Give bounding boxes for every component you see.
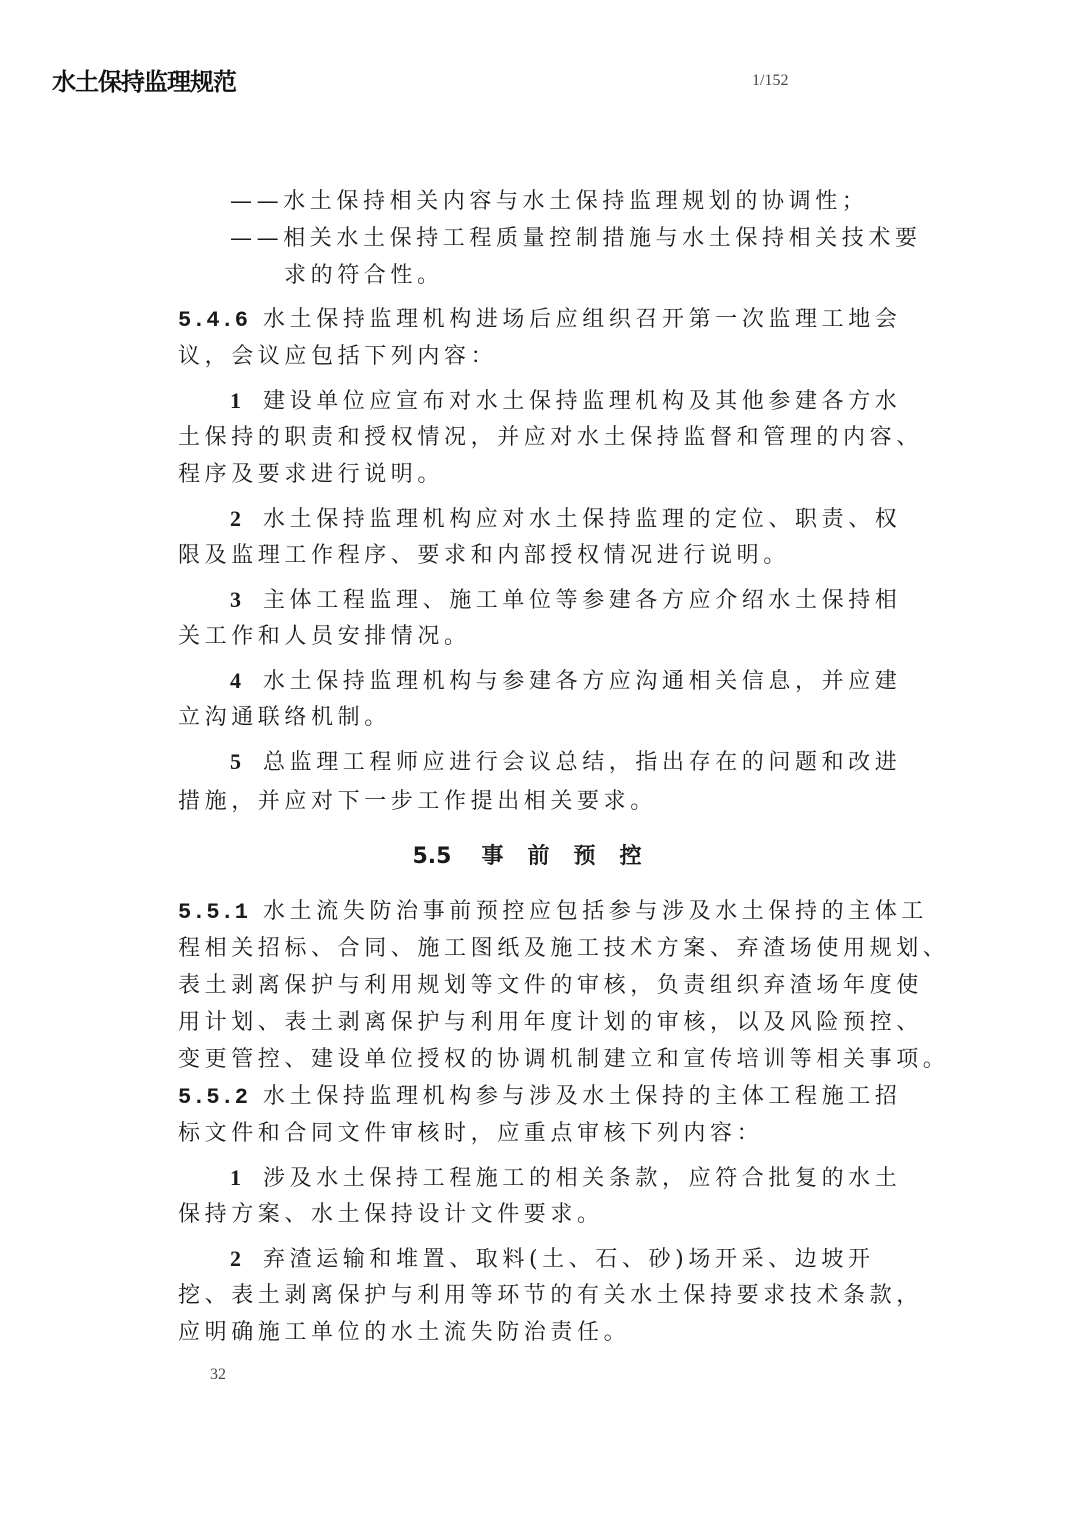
item-text: 涉及水土保持工程施工的相关条款，应符合批复的水土 [263,1166,901,1191]
item-number: 1 [230,388,241,413]
clause-text: 水土流失防治事前预控应包括参与涉及水土保持的主体工 [263,899,928,924]
item-number: 1 [230,1165,241,1190]
list-item-3: 3主体工程监理、施工单位等参建各方应介绍水土保持相 [178,581,900,618]
clause-text-line: 程相关招标、合同、施工图纸及施工技术方案、弃渣场使用规划、 [178,930,900,967]
item-number: 2 [230,1246,241,1271]
item-text-line: 立沟通联络机制。 [178,699,900,736]
list-item-5: 5总监理工程师应进行会议总结，指出存在的问题和改进 [178,743,900,780]
clause-number: 5.5.1 [178,900,249,925]
dash-item-line: ——水土保持相关内容与水土保持监理规划的协调性； [178,183,900,220]
item-text-line: 应明确施工单位的水土流失防治责任。 [178,1314,900,1351]
item-text: 建设单位应宣布对水土保持监理机构及其他参建各方水 [263,389,901,414]
dash-item-line: 求的符合性。 [178,257,900,294]
clause-552: 5.5.2水土保持监理机构参与涉及水土保持的主体工程施工招 [178,1078,900,1115]
clause-number: 5.5.2 [178,1085,249,1110]
item-text-line: 挖、表土剥离保护与利用等环节的有关水土保持要求技术条款， [178,1277,900,1314]
item-number: 4 [230,668,241,693]
item-text: 总监理工程师应进行会议总结，指出存在的问题和改进 [263,750,901,775]
clause-546: 5.4.6水土保持监理机构进场后应组织召开第一次监理工地会 [178,301,900,338]
item-text-line: 保持方案、水土保持设计文件要求。 [178,1196,900,1233]
item-text: 水土保持监理机构与参建各方应沟通相关信息，并应建 [263,669,901,694]
item-text-line: 限及监理工作程序、要求和内部授权情况进行说明。 [178,537,900,574]
list-item-2: 2弃渣运输和堆置、取料(土、石、砂)场开采、边坡开 [178,1240,900,1277]
item-text: 主体工程监理、施工单位等参建各方应介绍水土保持相 [263,588,901,613]
clause-551: 5.5.1水土流失防治事前预控应包括参与涉及水土保持的主体工 [178,893,900,930]
item-text-line: 关工作和人员安排情况。 [178,618,900,655]
clause-text-line: 表土剥离保护与利用规划等文件的审核，负责组织弃渣场年度使 [178,967,900,1004]
list-item-1: 1建设单位应宣布对水土保持监理机构及其他参建各方水 [178,382,900,419]
item-number: 2 [230,506,241,531]
section-title: 事前预控 [481,844,665,869]
clause-text-line: 议，会议应包括下列内容： [178,338,900,375]
page-number: 32 [210,1366,226,1384]
clause-number: 5.4.6 [178,308,249,333]
item-text-line: 土保持的职责和授权情况，并应对水土保持监督和管理的内容、 [178,419,900,456]
document-title: 水土保持监理规范 [52,62,236,97]
clause-text-line: 变更管控、建设单位授权的协调机制建立和宣传培训等相关事项。 [178,1041,900,1078]
list-item-2: 2水土保持监理机构应对水土保持监理的定位、职责、权 [178,500,900,537]
clause-text: 水土保持监理机构参与涉及水土保持的主体工程施工招 [263,1084,901,1109]
item-number: 5 [230,749,241,774]
item-text: 水土保持监理机构应对水土保持监理的定位、职责、权 [263,507,901,532]
clause-text-line: 用计划、表土剥离保护与利用年度计划的审核，以及风险预控、 [178,1004,900,1041]
section-heading: 5.5事前预控 [178,838,900,875]
clause-text-line: 标文件和合同文件审核时，应重点审核下列内容： [178,1115,900,1152]
list-item-1: 1涉及水土保持工程施工的相关条款，应符合批复的水土 [178,1159,900,1196]
list-item-4: 4水土保持监理机构与参建各方应沟通相关信息，并应建 [178,662,900,699]
item-text: 弃渣运输和堆置、取料(土、石、砂)场开采、边坡开 [263,1247,875,1272]
document-body: ——水土保持相关内容与水土保持监理规划的协调性； ——相关水土保持工程质量控制措… [178,183,900,1351]
clause-text: 水土保持监理机构进场后应组织召开第一次监理工地会 [263,307,901,332]
item-number: 3 [230,587,241,612]
page-counter: 1/152 [752,72,788,90]
item-text-line: 措施，并应对下一步工作提出相关要求。 [178,783,900,820]
section-number: 5.5 [413,844,452,869]
item-text-line: 程序及要求进行说明。 [178,456,900,493]
dash-item-line: ——相关水土保持工程质量控制措施与水土保持相关技术要 [178,220,900,257]
